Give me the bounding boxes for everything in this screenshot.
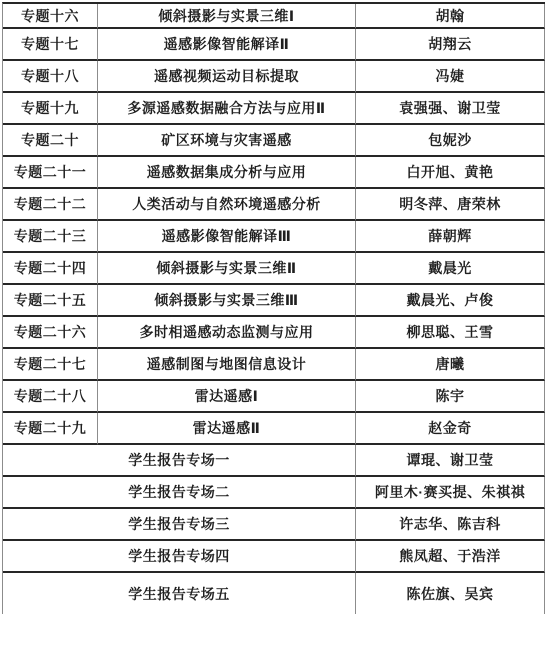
table-row: 专题二十七 遥感制图与地图信息设计 唐曦 xyxy=(3,349,545,381)
topic-title-cell: 多时相遥感动态监测与应用 xyxy=(98,317,356,349)
topic-number-cell: 专题十九 xyxy=(3,93,98,125)
table-row: 学生报告专场三 许志华、陈吉科 xyxy=(3,509,545,541)
chairs-cell: 戴晨光、卢俊 xyxy=(356,285,545,317)
topic-title-cell: 人类活动与自然环境遥感分析 xyxy=(98,189,356,221)
topic-number-cell: 专题十八 xyxy=(3,61,98,93)
topic-number-cell: 专题二十二 xyxy=(3,189,98,221)
student-session-cell: 学生报告专场五 xyxy=(3,573,356,614)
topic-number-cell: 专题二十一 xyxy=(3,157,98,189)
session-schedule-page: 专题十六 倾斜摄影与实景三维Ⅰ 胡翰 专题十七 遥感影像智能解译Ⅱ 胡翔云 专题… xyxy=(0,0,546,650)
topic-title-cell: 雷达遥感Ⅰ xyxy=(98,381,356,413)
student-session-cell: 学生报告专场二 xyxy=(3,477,356,509)
table-row: 专题二十九 雷达遥感Ⅱ 赵金奇 xyxy=(3,413,545,445)
topic-number-cell: 专题十七 xyxy=(3,29,98,61)
chairs-cell: 胡翰 xyxy=(356,4,545,29)
topic-number-cell: 专题二十七 xyxy=(3,349,98,381)
chairs-cell: 冯婕 xyxy=(356,61,545,93)
table-row: 专题十七 遥感影像智能解译Ⅱ 胡翔云 xyxy=(3,29,545,61)
table-row: 学生报告专场四 熊凤超、于浩洋 xyxy=(3,541,545,573)
topic-title-cell: 雷达遥感Ⅱ xyxy=(98,413,356,445)
table-row: 学生报告专场二 阿里木·赛买提、朱祺祺 xyxy=(3,477,545,509)
topic-title-cell: 遥感视频运动目标提取 xyxy=(98,61,356,93)
table-row: 学生报告专场五 陈佐旗、吴宾 xyxy=(3,573,545,614)
table-row: 专题二十三 遥感影像智能解译Ⅲ 薛朝辉 xyxy=(3,221,545,253)
topic-number-cell: 专题二十八 xyxy=(3,381,98,413)
chairs-cell: 明冬萍、唐荣林 xyxy=(356,189,545,221)
topic-number-cell: 专题二十五 xyxy=(3,285,98,317)
chairs-cell: 戴晨光 xyxy=(356,253,545,285)
chairs-cell: 柳思聪、王雪 xyxy=(356,317,545,349)
topic-title-cell: 倾斜摄影与实景三维Ⅲ xyxy=(98,285,356,317)
table-row: 学生报告专场一 谭琨、谢卫莹 xyxy=(3,445,545,477)
chairs-cell: 陈宇 xyxy=(356,381,545,413)
chairs-cell: 阿里木·赛买提、朱祺祺 xyxy=(356,477,545,509)
topic-title-cell: 倾斜摄影与实景三维Ⅰ xyxy=(98,4,356,29)
chairs-cell: 包妮沙 xyxy=(356,125,545,157)
table-row: 专题十八 遥感视频运动目标提取 冯婕 xyxy=(3,61,545,93)
chairs-cell: 熊凤超、于浩洋 xyxy=(356,541,545,573)
table-row: 专题十九 多源遥感数据融合方法与应用Ⅱ 袁强强、谢卫莹 xyxy=(3,93,545,125)
chairs-cell: 白开旭、黄艳 xyxy=(356,157,545,189)
session-schedule-table: 专题十六 倾斜摄影与实景三维Ⅰ 胡翰 专题十七 遥感影像智能解译Ⅱ 胡翔云 专题… xyxy=(2,2,545,614)
table-row: 专题二十六 多时相遥感动态监测与应用 柳思聪、王雪 xyxy=(3,317,545,349)
student-session-cell: 学生报告专场一 xyxy=(3,445,356,477)
table-row: 专题二十五 倾斜摄影与实景三维Ⅲ 戴晨光、卢俊 xyxy=(3,285,545,317)
chairs-cell: 薛朝辉 xyxy=(356,221,545,253)
topic-title-cell: 遥感数据集成分析与应用 xyxy=(98,157,356,189)
table-row: 专题二十四 倾斜摄影与实景三维Ⅱ 戴晨光 xyxy=(3,253,545,285)
topic-title-cell: 遥感影像智能解译Ⅱ xyxy=(98,29,356,61)
topic-title-cell: 遥感影像智能解译Ⅲ xyxy=(98,221,356,253)
chairs-cell: 陈佐旗、吴宾 xyxy=(356,573,545,614)
chairs-cell: 胡翔云 xyxy=(356,29,545,61)
chairs-cell: 袁强强、谢卫莹 xyxy=(356,93,545,125)
topic-number-cell: 专题二十四 xyxy=(3,253,98,285)
topic-number-cell: 专题二十九 xyxy=(3,413,98,445)
table-row: 专题二十二 人类活动与自然环境遥感分析 明冬萍、唐荣林 xyxy=(3,189,545,221)
chairs-cell: 唐曦 xyxy=(356,349,545,381)
chairs-cell: 谭琨、谢卫莹 xyxy=(356,445,545,477)
topic-title-cell: 矿区环境与灾害遥感 xyxy=(98,125,356,157)
topic-number-cell: 专题二十六 xyxy=(3,317,98,349)
topic-title-cell: 多源遥感数据融合方法与应用Ⅱ xyxy=(98,93,356,125)
table-row: 专题二十 矿区环境与灾害遥感 包妮沙 xyxy=(3,125,545,157)
student-session-cell: 学生报告专场三 xyxy=(3,509,356,541)
table-row: 专题十六 倾斜摄影与实景三维Ⅰ 胡翰 xyxy=(3,4,545,29)
topic-title-cell: 倾斜摄影与实景三维Ⅱ xyxy=(98,253,356,285)
table-row: 专题二十八 雷达遥感Ⅰ 陈宇 xyxy=(3,381,545,413)
student-session-cell: 学生报告专场四 xyxy=(3,541,356,573)
topic-number-cell: 专题十六 xyxy=(3,4,98,29)
topic-number-cell: 专题二十三 xyxy=(3,221,98,253)
chairs-cell: 许志华、陈吉科 xyxy=(356,509,545,541)
topic-title-cell: 遥感制图与地图信息设计 xyxy=(98,349,356,381)
chairs-cell: 赵金奇 xyxy=(356,413,545,445)
table-row: 专题二十一 遥感数据集成分析与应用 白开旭、黄艳 xyxy=(3,157,545,189)
topic-number-cell: 专题二十 xyxy=(3,125,98,157)
